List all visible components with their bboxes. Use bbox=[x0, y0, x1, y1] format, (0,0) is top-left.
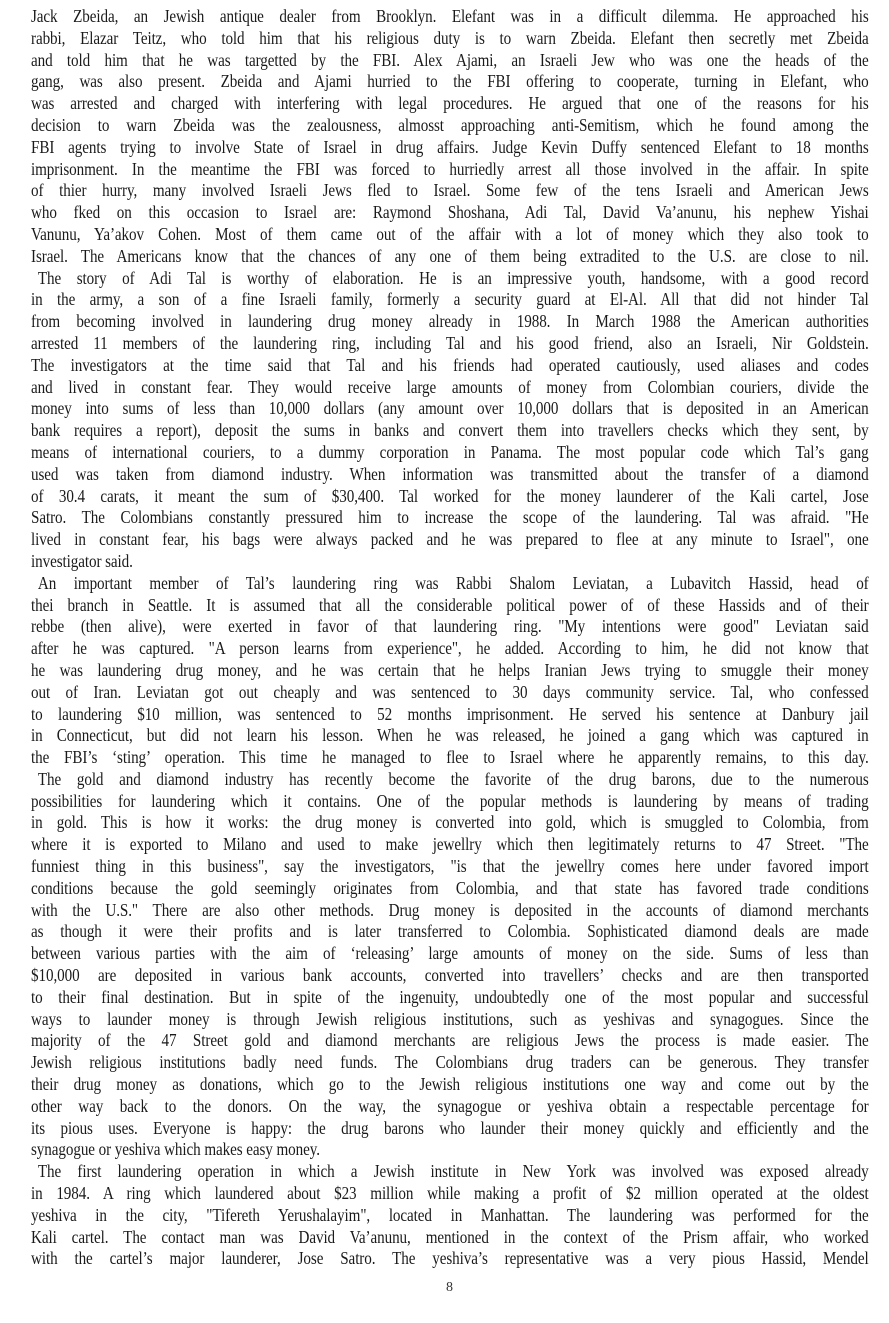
text-line: who fked on this occasion to Israel are:… bbox=[31, 202, 869, 224]
text-line: The investigators at the time said that … bbox=[31, 355, 869, 377]
text-line: with the U.S." There are also other meth… bbox=[31, 900, 869, 922]
text-line: synagogue or yeshiva which makes easy mo… bbox=[31, 1139, 869, 1161]
text-line: FBI agents trying to involve State of Is… bbox=[31, 137, 869, 159]
text-line: Jack Zbeida, an Jewish antique dealer fr… bbox=[31, 6, 869, 28]
text-line: money into sums of less than 10,000 doll… bbox=[31, 398, 869, 420]
text-line: lived in constant fear, his bags were al… bbox=[31, 529, 869, 551]
text-line: means of international couriers, to a du… bbox=[31, 442, 869, 464]
text-line: The gold and diamond industry has recent… bbox=[31, 769, 869, 791]
text-line: was arrested and charged with interferin… bbox=[31, 93, 869, 115]
text-line: Jewish religious institutions badly need… bbox=[31, 1052, 869, 1074]
text-line: ways to launder money is through Jewish … bbox=[31, 1009, 869, 1031]
text-line: after he was captured. "A person learns … bbox=[31, 638, 869, 660]
page-number: 8 bbox=[446, 1280, 453, 1296]
text-line: from becoming involved in laundering dru… bbox=[31, 311, 869, 333]
text-line: of thier hurry, many involved Israeli Je… bbox=[31, 180, 869, 202]
text-line: $10,000 are deposited in various bank ac… bbox=[31, 965, 869, 987]
text-line: rabbi, Elazar Teitz, who told him that h… bbox=[31, 28, 869, 50]
text-line: imprisonment. In the meantime the FBI wa… bbox=[31, 159, 869, 181]
text-line: decision to warn Zbeida was the zealousn… bbox=[31, 115, 869, 137]
text-line: Vanunu, Ya’akov Cohen. Most of them came… bbox=[31, 224, 869, 246]
text-line: thei branch in Seattle. It is assumed th… bbox=[31, 595, 869, 617]
text-line: in 1984. A ring which laundered about $2… bbox=[31, 1183, 869, 1205]
text-line: Kali cartel. The contact man was David V… bbox=[31, 1227, 869, 1249]
text-line: their drug money as donations, which go … bbox=[31, 1074, 869, 1096]
text-line: the FBI’s ‘sting’ operation. This time h… bbox=[31, 747, 869, 769]
text-line: conditions because the gold seemingly or… bbox=[31, 878, 869, 900]
text-line: of 30.4 carats, it meant the sum of $30,… bbox=[31, 486, 869, 508]
text-line: as though it were their profits and is l… bbox=[31, 921, 869, 943]
text-line: funniest thing in this business", say th… bbox=[31, 856, 869, 878]
text-line: out of Iran. Leviatan got out cheaply an… bbox=[31, 682, 869, 704]
text-line: bank requires a report), deposit the sum… bbox=[31, 420, 869, 442]
text-line: and lived in constant fear. They would r… bbox=[31, 377, 869, 399]
paragraph-4: The gold and diamond industry has recent… bbox=[31, 769, 869, 1161]
text-line: The story of Adi Tal is worthy of elabor… bbox=[31, 268, 869, 290]
text-line: gang, was also present. Zbeida and Ajami… bbox=[31, 71, 869, 93]
text-line: arrested 11 members of the laundering ri… bbox=[31, 333, 869, 355]
paragraph-2: The story of Adi Tal is worthy of elabor… bbox=[31, 268, 869, 573]
paragraph-1: Jack Zbeida, an Jewish antique dealer fr… bbox=[31, 6, 869, 268]
text-line: possibilities for laundering which it co… bbox=[31, 791, 869, 813]
text-line: and told him that he was targetted by th… bbox=[31, 50, 869, 72]
text-line: majority of the 47 Street gold and diamo… bbox=[31, 1030, 869, 1052]
text-line: to laundering $10 million, was sentenced… bbox=[31, 704, 869, 726]
text-line: where it is exported to Milano and used … bbox=[31, 834, 869, 856]
text-line: in the army, a son of a fine Israeli fam… bbox=[31, 289, 869, 311]
text-line: Satro. The Colombians constantly pressur… bbox=[31, 507, 869, 529]
text-line: in Connecticut, but did not learn his le… bbox=[31, 725, 869, 747]
text-line: other way back to the donors. On the way… bbox=[31, 1096, 869, 1118]
document-page: Jack Zbeida, an Jewish antique dealer fr… bbox=[31, 6, 869, 1270]
paragraph-5: The first laundering operation in which … bbox=[31, 1161, 869, 1270]
text-line: between various parties with the aim of … bbox=[31, 943, 869, 965]
text-line: to their final destination. But in spite… bbox=[31, 987, 869, 1009]
text-line: The first laundering operation in which … bbox=[31, 1161, 869, 1183]
text-line: in gold. This is how it works: the drug … bbox=[31, 812, 869, 834]
paragraph-3: An important member of Tal’s laundering … bbox=[31, 573, 869, 769]
text-line: rebbe (then alive), were exerted in favo… bbox=[31, 616, 869, 638]
text-line: he was laundering drug money, and he was… bbox=[31, 660, 869, 682]
text-line: with the cartel’s major launderer, Jose … bbox=[31, 1248, 869, 1270]
text-line: An important member of Tal’s laundering … bbox=[31, 573, 869, 595]
text-line: Israel. The Americans know that the chan… bbox=[31, 246, 869, 268]
text-line: its pious uses. Everyone is happy: the d… bbox=[31, 1118, 869, 1140]
text-line: yeshiva in the city, "Tifereth Yerushala… bbox=[31, 1205, 869, 1227]
text-line: investigator said. bbox=[31, 551, 869, 573]
text-line: used was taken from diamond industry. Wh… bbox=[31, 464, 869, 486]
